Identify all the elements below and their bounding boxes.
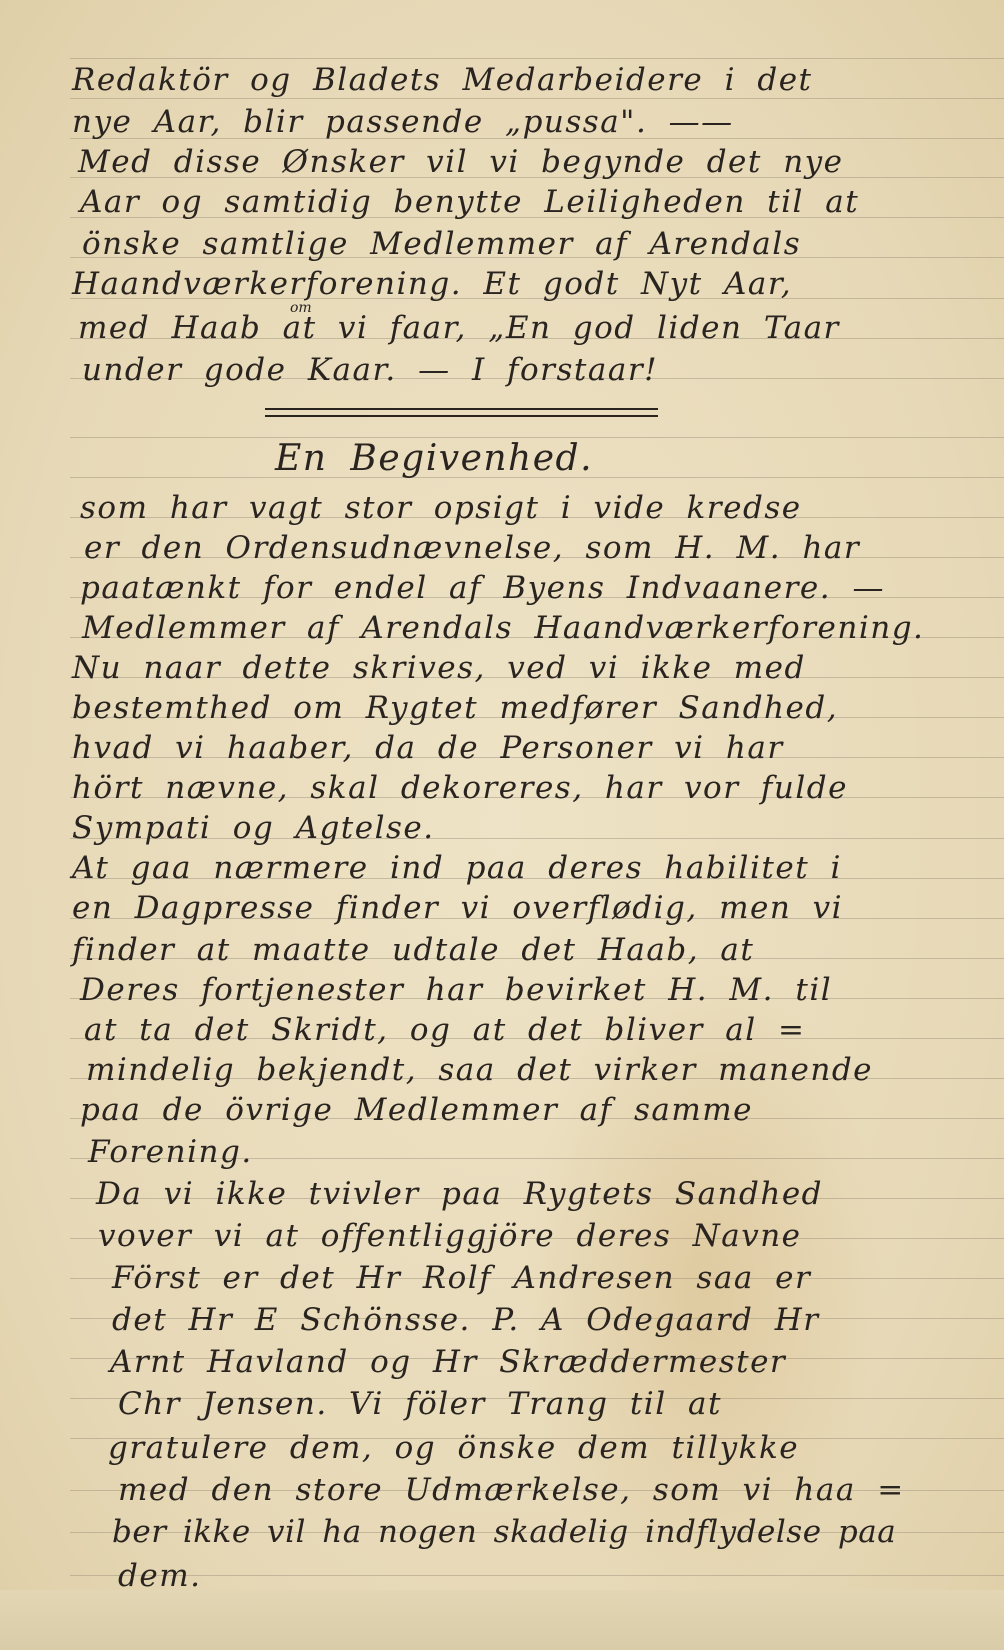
text-line: Aar og samtidig benytte Leiligheden til … (80, 184, 859, 220)
text-line: Sympati og Agtelse. (72, 810, 435, 846)
text-line: finder at maatte udtale det Haab, at (72, 932, 754, 968)
manuscript-page: Redaktör og Bladets Medarbeidere i det n… (0, 0, 1004, 1650)
ruled-line (70, 1575, 1004, 1576)
text-line: mindelig bekjendt, saa det virker manend… (86, 1052, 873, 1088)
text-line: bestemthed om Rygtet medfører Sandhed, (72, 690, 838, 726)
text-line: Haandværkerforening. Et godt Nyt Aar, (72, 266, 792, 302)
text-line: Först er det Hr Rolf Andresen saa er (112, 1260, 811, 1296)
text-line: Nu naar dette skrives, ved vi ikke med (72, 650, 806, 686)
text-line: at ta det Skridt, og at det bliver al = (84, 1012, 805, 1048)
page-fold-shadow (0, 1590, 1004, 1650)
text-line: dem. (118, 1558, 201, 1594)
ruled-line (70, 58, 1004, 59)
text-line: Arnt Havland og Hr Skræddermester (110, 1344, 786, 1380)
text-line: som har vagt stor opsigt i vide kredse (80, 490, 802, 526)
text-line: Medlemmer af Arendals Haandværkerforenin… (82, 610, 924, 646)
text-line: hört nævne, skal dekoreres, har vor fuld… (72, 770, 848, 806)
text-line: Da vi ikke tvivler paa Rygtets Sandhed (96, 1176, 823, 1212)
text-line: med den store Udmærkelse, som vi haa = (118, 1472, 905, 1508)
text-line: en Dagpresse finder vi overflødig, men v… (72, 890, 843, 926)
text-line: paatænkt for endel af Byens Indvaanere. … (80, 570, 885, 606)
text-line: under gode Kaar. — I forstaar! (82, 352, 658, 388)
text-line: hvad vi haaber, da de Personer vi har (72, 730, 784, 766)
text-line: med Haab at vi faar, „En god liden Taar (78, 310, 840, 346)
section-heading: En Begivenhed. (275, 438, 593, 479)
text-line: er den Ordensudnævnelse, som H. M. har (84, 530, 860, 566)
text-line: Redaktör og Bladets Medarbeidere i det (72, 62, 813, 98)
text-line: At gaa nærmere ind paa deres habilitet i (72, 850, 842, 886)
text-line: Forening. (88, 1134, 253, 1170)
text-line: Med disse Ønsker vil vi begynde det nye (78, 144, 844, 180)
text-line: gratulere dem, og önske dem tillykke (108, 1430, 799, 1466)
text-line: det Hr E Schönsse. P. A Odegaard Hr (112, 1302, 820, 1338)
text-line: vover vi at offentliggjöre deres Navne (98, 1218, 802, 1254)
text-line: ber ikke vil ha nogen skadelig indflydel… (112, 1514, 896, 1550)
text-line: nye Aar, blir passende „pussa". —— (72, 104, 734, 140)
text-line: Deres fortjenester har bevirket H. M. ti… (80, 972, 832, 1008)
double-underline (265, 408, 658, 417)
ruled-line (70, 98, 1004, 99)
text-line: Chr Jensen. Vi föler Trang til at (118, 1386, 722, 1422)
text-line: önske samtlige Medlemmer af Arendals (82, 226, 801, 262)
text-line: paa de övrige Medlemmer af samme (80, 1092, 753, 1128)
